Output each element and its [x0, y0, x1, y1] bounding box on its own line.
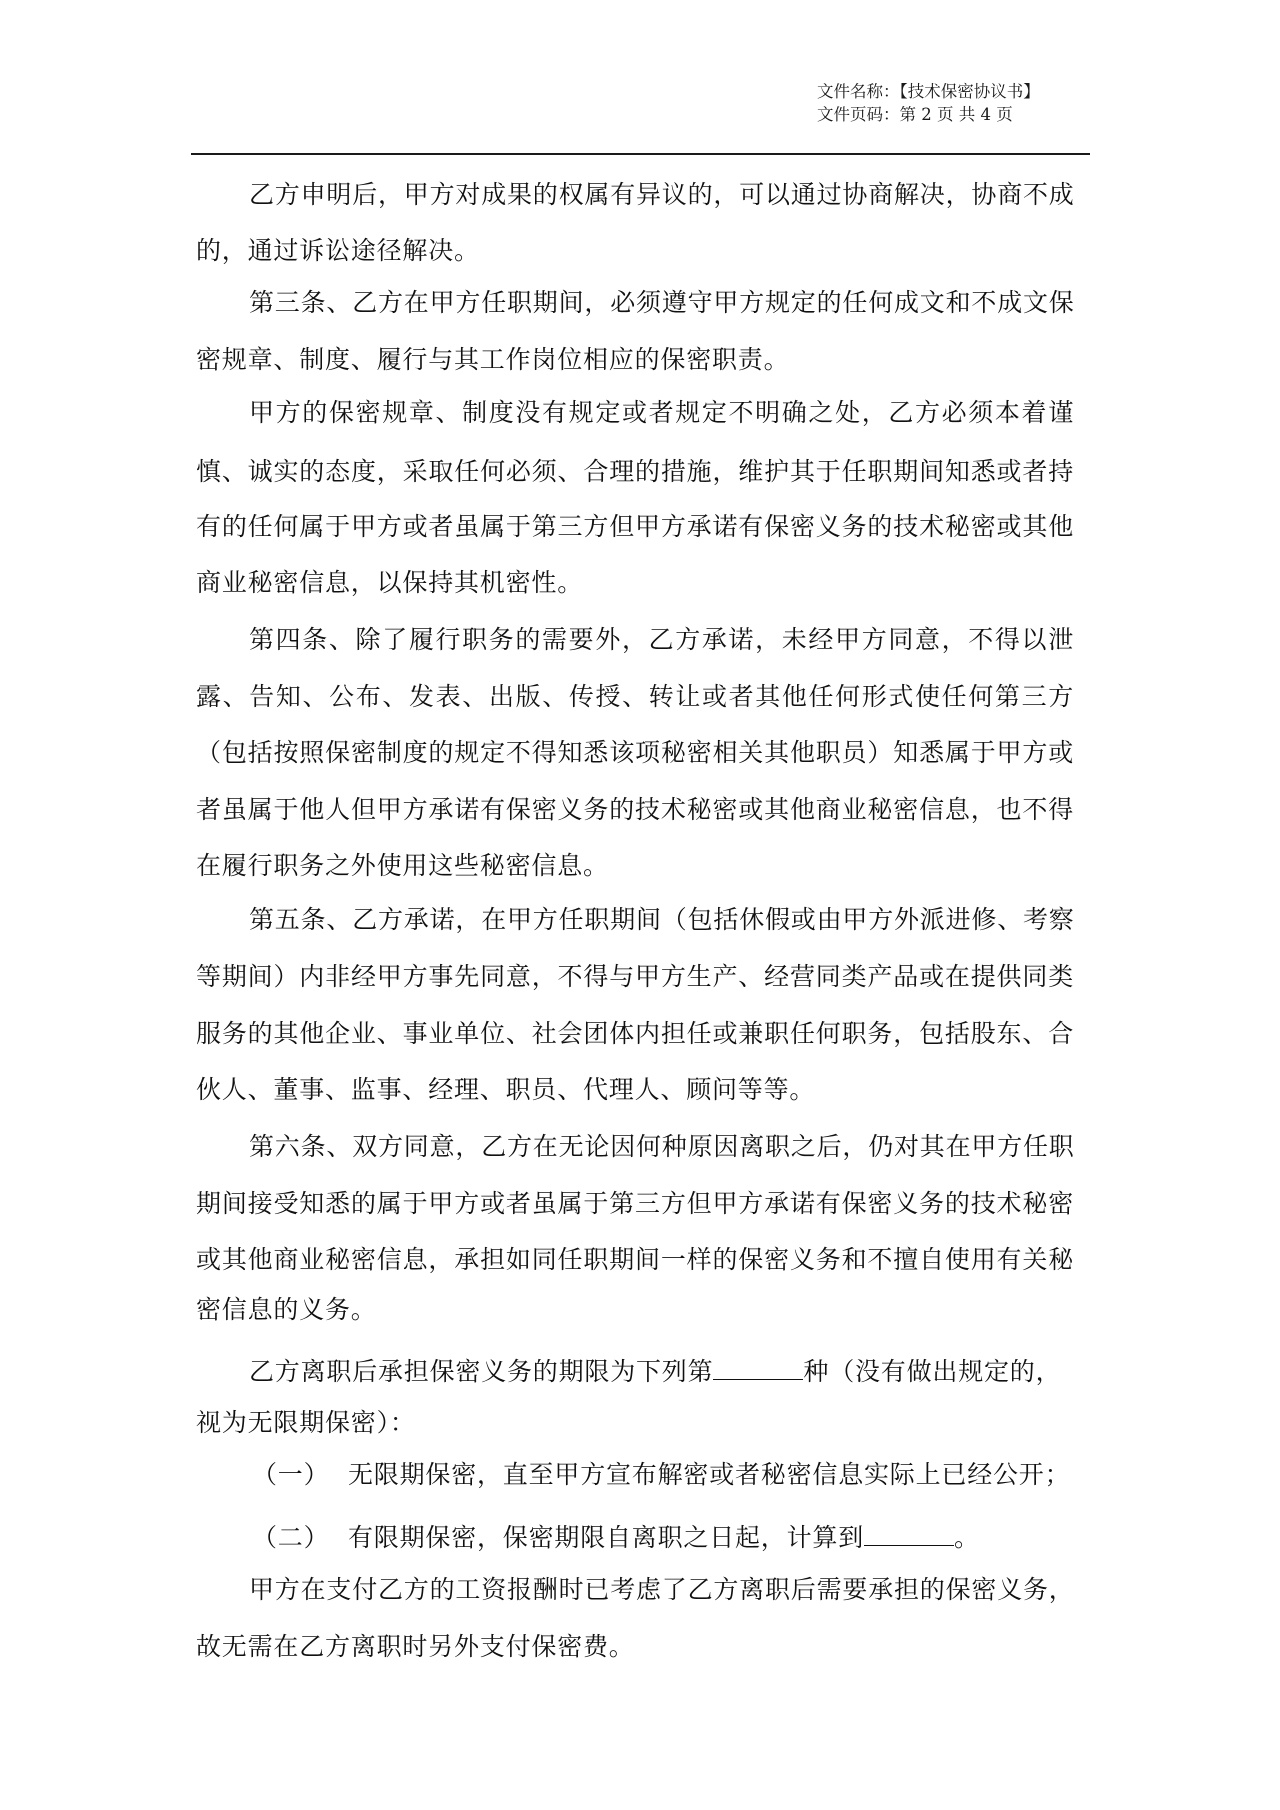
article-4-line-1: 第四条、除了履行职务的需要外，乙方承诺，未经甲方同意，不得以泄	[249, 625, 1074, 655]
term-end-date-blank[interactable]	[864, 1523, 954, 1546]
option-1-label: （一）	[252, 1460, 329, 1490]
term-choice-line-2: 视为无限期保密）：	[196, 1408, 1074, 1438]
option-2-text-before: 有限期保密，保密期限自离职之日起，计算到	[348, 1523, 864, 1552]
header-file-name: 文件名称：【技术保密协议书】	[817, 81, 1040, 103]
paragraph-8-line-1: 甲方在支付乙方的工资报酬时已考虑了乙方离职后需要承担的保密义务，	[249, 1575, 1074, 1605]
document-page: 文件名称：【技术保密协议书】 文件页码：第 2 页 共 4 页 乙方申明后，甲方…	[0, 0, 1280, 1810]
paragraph-8-line-2: 故无需在乙方离职时另外支付保密费。	[196, 1632, 1074, 1662]
article-4-line-3: （包括按照保密制度的规定不得知悉该项秘密相关其他职员）知悉属于甲方或	[196, 738, 1074, 768]
article-4-line-5: 在履行职务之外使用这些秘密信息。	[196, 851, 1074, 881]
paragraph-3-line-3: 有的任何属于甲方或者虽属于第三方但甲方承诺有保密义务的技术秘密或其他	[196, 512, 1074, 542]
article-5-line-4: 伙人、董事、监事、经理、职员、代理人、顾问等等。	[196, 1075, 1074, 1105]
term-choice-text-after: 种（没有做出规定的，	[803, 1357, 1061, 1386]
article-5-line-1: 第五条、乙方承诺，在甲方任职期间（包括休假或由甲方外派进修、考察	[249, 905, 1074, 935]
paragraph-3-line-1: 甲方的保密规章、制度没有规定或者规定不明确之处，乙方必须本着谨	[249, 398, 1074, 428]
article-3-line-1: 第三条、乙方在甲方任职期间，必须遵守甲方规定的任何成文和不成文保	[249, 288, 1074, 318]
option-2-text: 有限期保密，保密期限自离职之日起，计算到。	[348, 1523, 980, 1553]
article-6-line-1: 第六条、双方同意，乙方在无论因何种原因离职之后，仍对其在甲方任职	[249, 1132, 1074, 1162]
article-6-line-4: 密信息的义务。	[196, 1295, 1074, 1325]
page-label: 文件页码：	[817, 105, 900, 124]
paragraph-3-line-4: 商业秘密信息，以保持其机密性。	[196, 568, 1074, 598]
term-choice-line-1: 乙方离职后承担保密义务的期限为下列第种（没有做出规定的，	[249, 1357, 1074, 1387]
header-page-number: 文件页码：第 2 页 共 4 页	[817, 104, 1013, 126]
option-2-text-after: 。	[954, 1523, 980, 1552]
article-6-line-3: 或其他商业秘密信息，承担如同任职期间一样的保密义务和不擅自使用有关秘	[196, 1245, 1074, 1275]
paragraph-3-line-2: 慎、诚实的态度，采取任何必须、合理的措施，维护其于任职期间知悉或者持	[196, 457, 1074, 487]
header-divider	[191, 153, 1090, 155]
option-2-label: （二）	[252, 1523, 329, 1553]
file-name-label: 文件名称：	[817, 82, 900, 101]
article-3-line-2: 密规章、制度、履行与其工作岗位相应的保密职责。	[196, 345, 1074, 375]
option-1-text: 无限期保密，直至甲方宣布解密或者秘密信息实际上已经公开；	[348, 1460, 1070, 1490]
term-choice-text-before: 乙方离职后承担保密义务的期限为下列第	[249, 1357, 713, 1386]
article-5-line-2: 等期间）内非经甲方事先同意，不得与甲方生产、经营同类产品或在提供同类	[196, 962, 1074, 992]
article-4-line-2: 露、告知、公布、发表、出版、传授、转让或者其他任何形式使任何第三方	[196, 682, 1074, 712]
page-text: 第 2 页 共 4 页	[900, 105, 1013, 124]
paragraph-1-line-2: 的，通过诉讼途径解决。	[196, 236, 1074, 266]
term-choice-blank[interactable]	[713, 1357, 803, 1380]
article-6-line-2: 期间接受知悉的属于甲方或者虽属于第三方但甲方承诺有保密义务的技术秘密	[196, 1189, 1074, 1219]
article-4-line-4: 者虽属于他人但甲方承诺有保密义务的技术秘密或其他商业秘密信息，也不得	[196, 795, 1074, 825]
paragraph-1-line-1: 乙方申明后，甲方对成果的权属有异议的，可以通过协商解决，协商不成	[249, 180, 1074, 210]
article-5-line-3: 服务的其他企业、事业单位、社会团体内担任或兼职任何职务，包括股东、合	[196, 1019, 1074, 1049]
file-name: 【技术保密协议书】	[900, 82, 1040, 101]
